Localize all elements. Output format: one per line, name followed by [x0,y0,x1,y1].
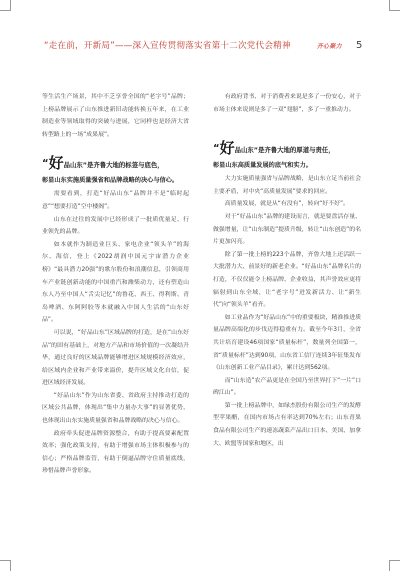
header-logo: 齐心聚力 [317,41,342,50]
right-column: 有政府背书，对于消费者来说是多了一份安心，对于市场主体来说则是多了一双“翅膀”，… [213,91,361,450]
paragraph: 除了第一批上榜的223个品牌，齐鲁大地上还活跃一大批潜力大、前景好的新老企业。“… [213,249,361,312]
left-column: 等生活生产场景，其中不乏享誉全国的“老字号”品牌；上榜品牌展示了山东推进新旧动能… [42,91,189,478]
paragraph: 大力实施质量强省与品牌战略，是山东立足当前社会主要矛盾，对中央“高质量发展”要求… [213,173,361,198]
paragraph: 高质量发展，就是从“有没有”，转向“好不好”。 [213,198,361,211]
drop-char: 好 [49,155,64,171]
paragraph: 有政府背书，对于消费者来说是多了一份安心，对于市场主体来说则是多了一双“翅膀”，… [213,91,361,116]
paragraph: 如工业品作为“好品山东”中的重要板块，精准推进质量品牌高端化的步伐迈得稳重有力。… [213,312,361,375]
paragraph: “好品山东”作为山东省委、省政府主持推动打造的区域公共品牌，体现出“集中力量办大… [42,390,189,428]
page-number: 5 [356,40,362,51]
crop-mark-top-right [389,0,400,11]
paragraph: 等生活生产场景，其中不乏享誉全国的“老字号”品牌；上榜品牌展示了山东推进新旧动能… [42,91,189,141]
subheading-line2: 彰显山东实施质量强省和品牌战略的决心与信心。 [42,175,189,186]
paragraph: 如本就作为制造业巨头、家电企业“领头羊”的海尔、海信，登上《2022胡润中国元宇… [42,239,189,327]
paragraph: 对于“好品山东”品牌的建设而言，就是要盘活存量、做强增量，让“山东制造”提质升级… [213,211,361,249]
section-subheading: “ 好 品山东”是齐鲁大地的厚道与责任， 彰显山东高质量发展的底气和实力。 [213,140,361,171]
section-subheading: “ 好 品山东”是齐鲁大地的标签与底色， 彰显山东实施质量强省和品牌战略的决心与… [42,155,189,186]
quote-mark: “ [42,157,49,171]
header-title: “走在前，开新局”——深入宣传贯彻落实省第十二次党代会精神 [44,39,291,51]
crop-mark-bottom-right [389,560,400,571]
crop-mark-top-left [0,0,11,11]
paragraph: 需要看到，打造“好品山东”品牌并不是“临时起意”“想要打造”空中楼阁”。 [42,188,189,213]
subheading-line1: 品山东”是齐鲁大地的标签与底色， [64,159,164,172]
paragraph: 可以说，“好品山东”区域品牌的打造，是在“山东好品”的固有基础上，对地方产品和市… [42,327,189,390]
paragraph: 而“山东造”农产品更是在全国乃至世界打下“一片”口碑江山”。 [213,375,361,400]
paragraph: 山东在过往的发展中已经形成了一批质优量足、行业领先的品牌。 [42,214,189,239]
running-header: “走在前，开新局”——深入宣传贯彻落实省第十二次党代会精神 齐心聚力 5 [44,38,370,52]
subheading-line2: 彰显山东高质量发展的底气和实力。 [213,160,361,171]
drop-char: 好 [220,140,235,156]
paragraph: 第一批上榜品牌中，如绿杰股份有限公司生产的发酵型苹果醋，在国内市场占有率达到70… [213,400,361,450]
paragraph: 政府牵头促进品牌资源整合，有助于提高要素配置效率；强化政策支持，有助于增强市场主… [42,428,189,478]
crop-mark-bottom-left [0,560,11,571]
subheading-line1: 品山东”是齐鲁大地的厚道与责任， [235,144,335,157]
quote-mark: “ [213,142,220,156]
